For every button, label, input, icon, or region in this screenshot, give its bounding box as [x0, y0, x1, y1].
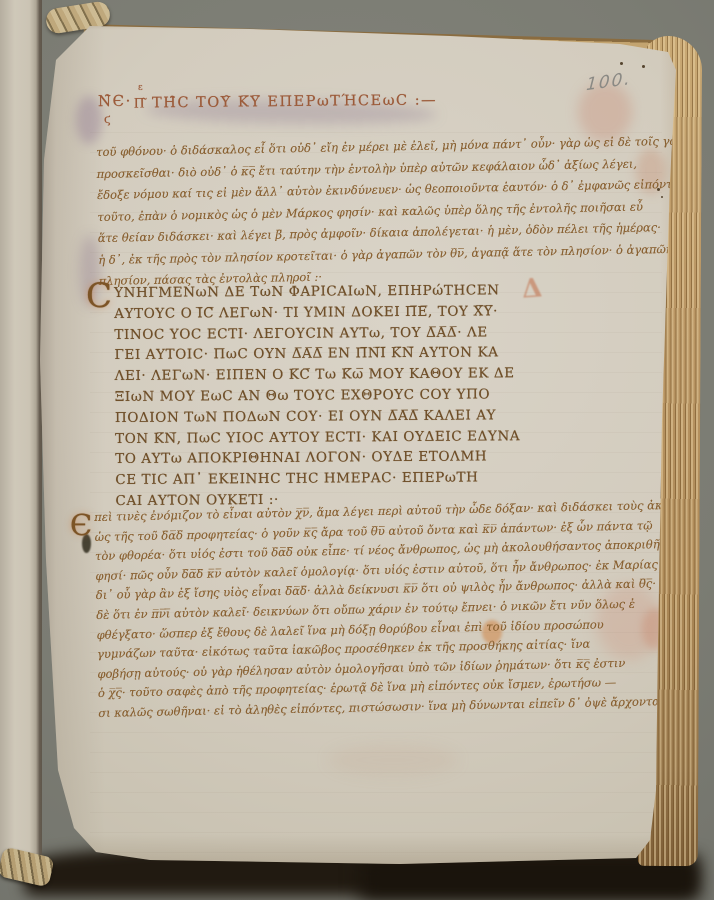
- commentary-bottom-block: πεὶ τινὲς ἐνόμιζον τὸ εἶναι αὐτὸν χ̅ν̅, …: [94, 496, 658, 723]
- commentary-top-block: τοῦ φθόνου· ὁ διδάσκαλος εἶ ὅτι οὐδ᾽ εἴη…: [96, 132, 639, 293]
- manuscript-page: Δ 100. Ν̑Є· ϛ Π͂ ΤΗ̑Ϲ ΤΟΥ̑ Κ̅Υ̅ ΕΠΕΡωΤΉϹ…: [30, 20, 686, 868]
- gospel-line: ΤΟΝ Κ̅Ν̅, ΠωϹ ΥΙΟϹ ΑΥΤΟΥ ΕϹΤΙ· ΚΑΙ ΟΥΔΕΙ…: [115, 425, 567, 449]
- endband-bottom: [0, 847, 55, 888]
- gospel-initial: Ϲ: [86, 276, 112, 316]
- commentary-initial: Є: [70, 508, 92, 542]
- page-title: Π͂ ΤΗ̑Ϲ ΤΟΥ̑ Κ̅Υ̅ ΕΠΕΡωΤΉϹΕωϹ :—: [134, 92, 437, 112]
- chapter-number: Ν̑Є·: [98, 92, 132, 110]
- gutter-crease: [36, 0, 42, 868]
- chapter-flourish: ϛ: [104, 112, 112, 126]
- wormhole-dot: [642, 65, 645, 68]
- gospel-text-block: ΥΝΗΓΜΕΝωΝ ΔΕ ΤωΝ ΦΑΡΙϹΑΙωΝ, ΕΠΗΡώΤΗϹΕΝ Α…: [114, 280, 568, 512]
- gospel-line: ΛΕΙ· ΛΕΓωΝ· ΕΙΠΕΝ Ο Κ̅Ϲ̅ Τω Κ̅ω̅ ΜΟΥ ΚΑΘ…: [115, 363, 567, 387]
- header-superscript: ε: [138, 83, 144, 93]
- manuscript-photo: Δ 100. Ν̑Є· ϛ Π͂ ΤΗ̑Ϲ ΤΟΥ̑ Κ̅Υ̅ ΕΠΕΡωΤΉϹ…: [0, 0, 714, 900]
- wormhole-dot: [620, 62, 623, 65]
- gospel-line: ΥΝΗΓΜΕΝωΝ ΔΕ ΤωΝ ΦΑΡΙϹΑΙωΝ, ΕΠΗΡώΤΗϹΕΝ: [114, 280, 566, 304]
